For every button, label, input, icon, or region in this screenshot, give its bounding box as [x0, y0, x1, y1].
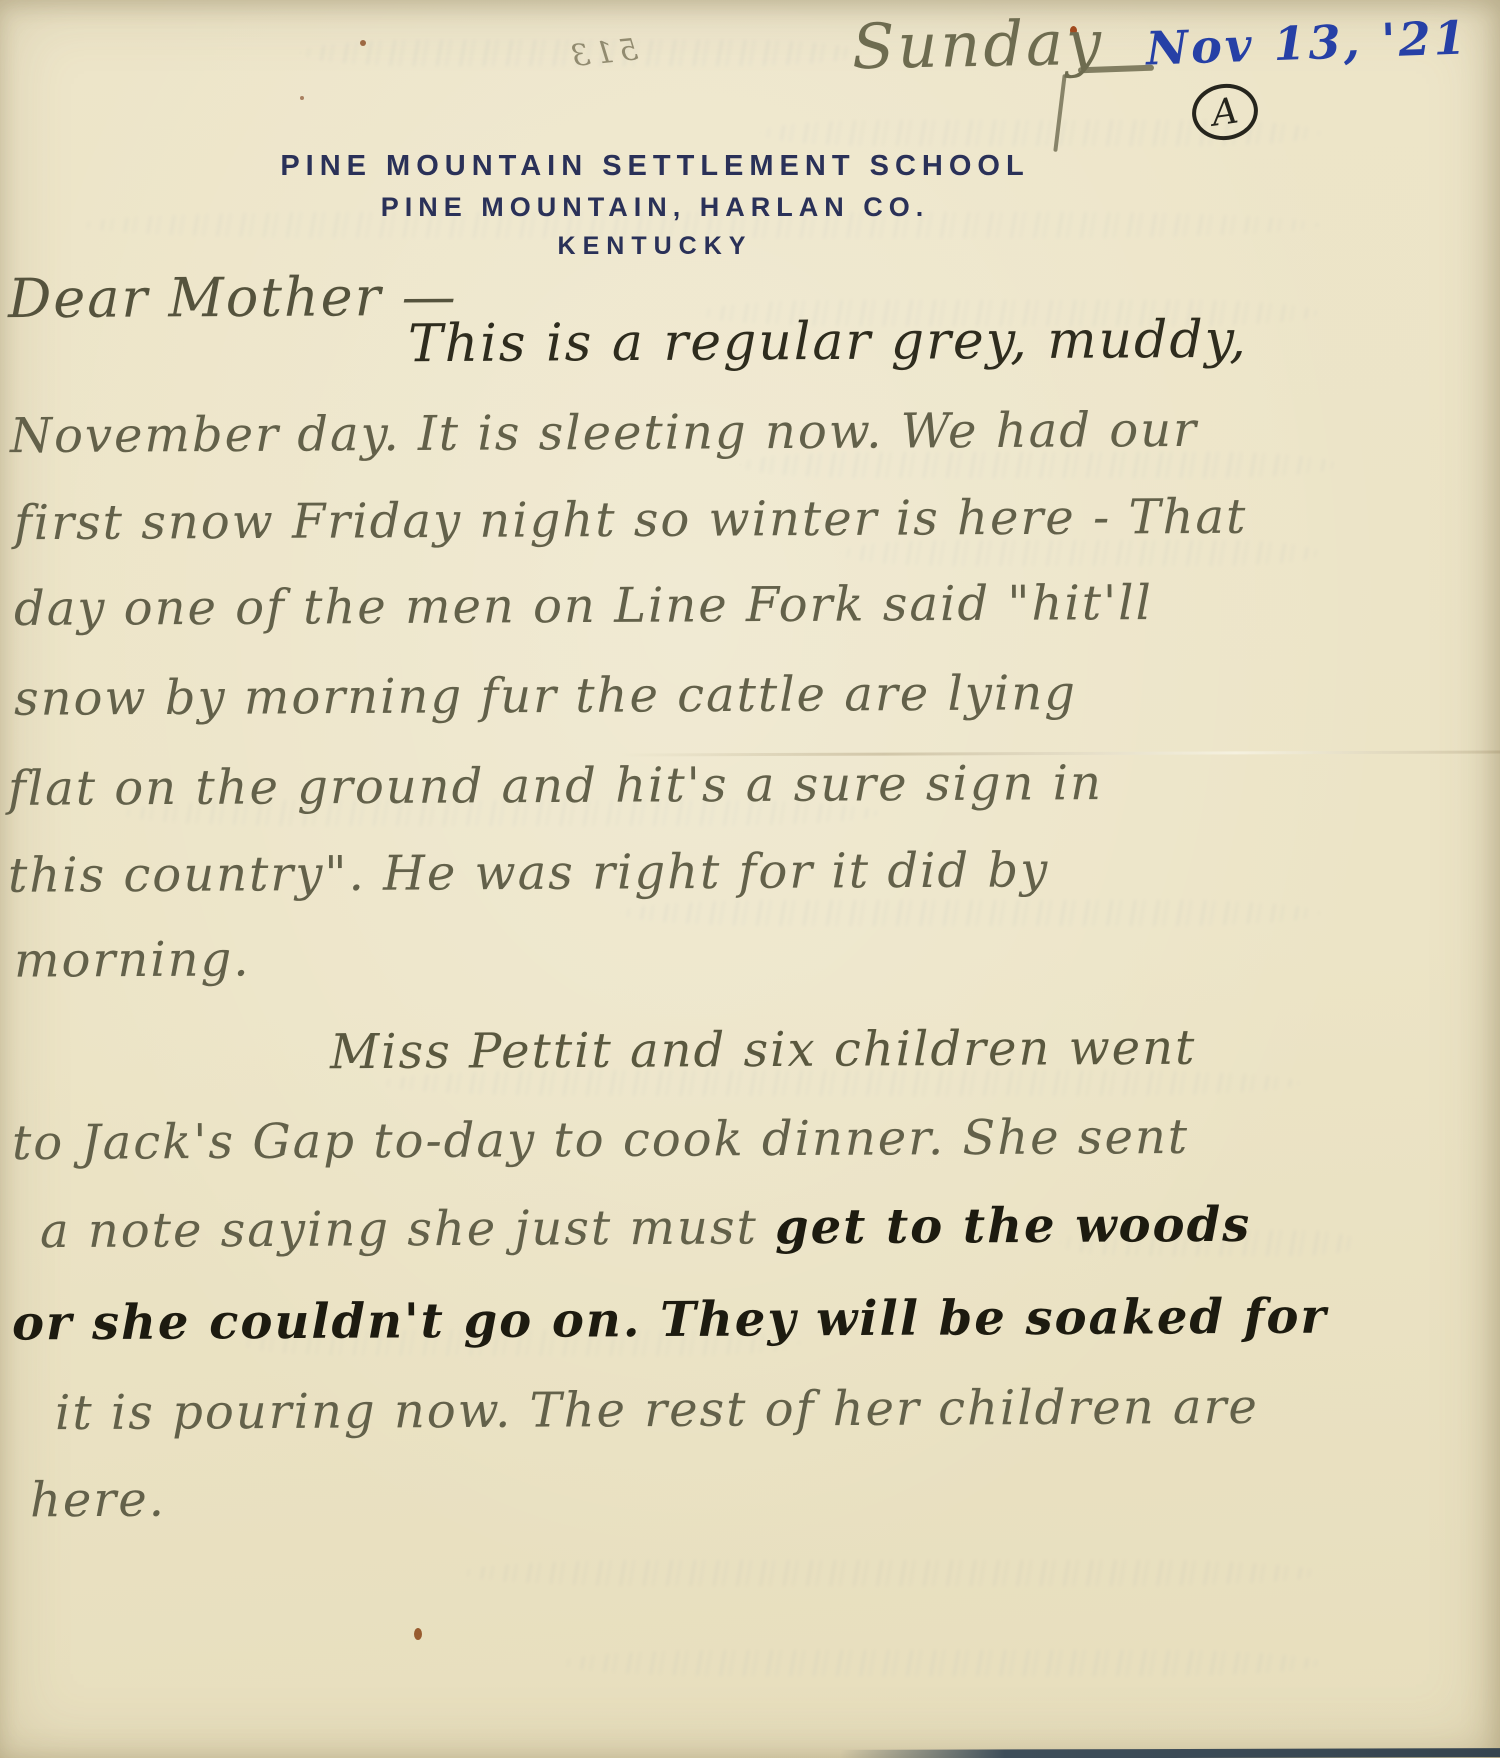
- bleed-through-ghosting: [560, 1650, 1320, 1676]
- handwritten-date: Nov 13, '21: [1145, 10, 1469, 75]
- letter-line: first snow Friday night so winter is her…: [14, 489, 1248, 551]
- letterhead-line1: PINE MOUNTAIN SETTLEMENT SCHOOL: [0, 150, 1310, 183]
- letter-line: this country". He was right for it did b…: [8, 842, 1050, 903]
- letter-line: here.: [30, 1472, 166, 1529]
- letter-page: 513 Sunday Nov 13, '21 A PINE MOUNTAIN S…: [0, 0, 1500, 1758]
- letter-line: a note saying she just must get to the w…: [40, 1197, 1251, 1259]
- rust-speck: [300, 96, 304, 100]
- handwritten-day: Sunday: [851, 6, 1104, 83]
- letter-line: it is pouring now. The rest of her child…: [55, 1379, 1259, 1441]
- letterhead-line2: PINE MOUNTAIN, HARLAN CO.: [0, 192, 1310, 223]
- bleed-through-ghosting: [460, 1560, 1320, 1586]
- letter-line: day one of the men on Line Fork said "hi…: [14, 575, 1153, 637]
- bleed-through-ghosting: [620, 900, 1320, 926]
- scan-edge-shadow: [840, 1748, 1500, 1758]
- letter-line-segment-dark-ink: get to the woods: [775, 1197, 1251, 1255]
- letter-line: or she couldn't go on. They will be soak…: [12, 1289, 1328, 1352]
- letterhead-line3: KENTUCKY: [0, 232, 1310, 261]
- salutation: Dear Mother —: [8, 265, 458, 330]
- rust-speck: [414, 1628, 422, 1640]
- letter-line: This is a regular grey, muddy,: [408, 310, 1248, 374]
- letter-line: morning.: [14, 931, 251, 988]
- letter-line: Miss Pettit and six children went: [330, 1020, 1197, 1081]
- archival-pencil-number: 513: [564, 32, 640, 74]
- letter-line-segment: a note saying she just must: [40, 1199, 775, 1259]
- letter-line: to Jack's Gap to-day to cook dinner. She…: [12, 1109, 1189, 1171]
- letter-line: November day. It is sleeting now. We had…: [10, 402, 1198, 464]
- rust-speck: [360, 40, 366, 46]
- letterhead: PINE MOUNTAIN SETTLEMENT SCHOOL PINE MOU…: [0, 150, 1310, 261]
- letter-line: snow by morning fur the cattle are lying: [14, 665, 1077, 727]
- pen-stroke-dash: [1078, 65, 1154, 74]
- letter-line: flat on the ground and hit's a sure sign…: [8, 755, 1103, 817]
